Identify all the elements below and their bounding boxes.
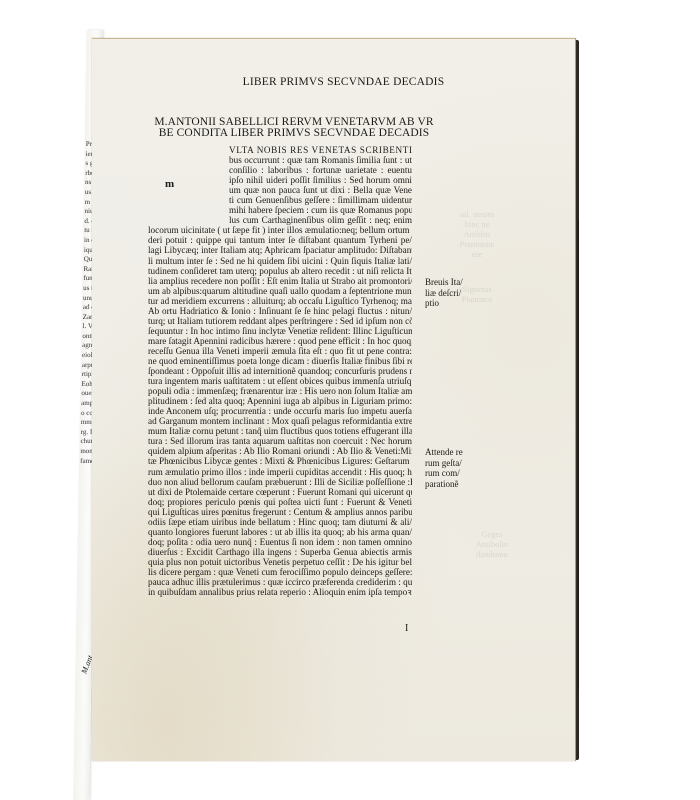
text-line: mare ſatagit Apennini radicibus hærere :… [148, 336, 412, 346]
body-text: VLTA NOBIS RES VENETAS SCRIBENTI/bus occ… [148, 145, 412, 597]
marginal-note-italy-description: Breuis Ita/ liæ deſcri/ ptio [425, 277, 463, 309]
text-line: mihi habere ſpeciem : cum iis quæ Romanu… [229, 205, 412, 215]
text-line: lus cum Carthaginenſibus olim geſſit : n… [229, 215, 412, 225]
text-line: in quibuſdam annalibus prius relata repe… [148, 587, 412, 597]
text-line: quanto longiores fuerunt labores : ut ab… [148, 527, 412, 537]
text-line: ne quod eminentiſſimus poeta longe dicam… [148, 356, 412, 366]
text-line: deri potuit : quippe qui tantum inter ſe… [148, 235, 412, 245]
text-line: VLTA NOBIS RES VENETAS SCRIBENTI/ [229, 145, 412, 155]
text-line: Ab ortu Hadriatico & Ionio : Inſinuant ſ… [148, 306, 412, 316]
text-line: duo non aliud bellorum cauſam præbuerunt… [148, 477, 412, 487]
text-line: diuerſus : Excidit Carthago illa ingens … [148, 547, 412, 557]
text-line: tura ingentem maris uaſtitatem : ut eſſe… [148, 376, 412, 386]
text-line: quidem alpium aſperitas : Ab Ilio Romani… [148, 446, 412, 456]
text-line: lia amplius recedere non poſſit : Eſt en… [148, 276, 412, 286]
text-line: ipſo nihil uideri poſſit ſimilius : Sed … [229, 175, 412, 185]
text-line: ſpondeant : Oppoſuit illis ad internitio… [148, 366, 412, 376]
text-line: odiis ſæpe etiam uiribus inde bellatum :… [148, 517, 412, 527]
text-line: um quæ non pauca ſunt ut dixi : Bella qu… [229, 185, 412, 195]
text-line: inde Anconem uſq; procurrentia : unde oc… [148, 406, 412, 416]
text-line: tæ Phœnicibus Libycæ gentes : Mixti & Ph… [148, 456, 412, 466]
text-line: receſſu Genua illa Veneti imperii æmula … [148, 346, 412, 356]
catchword-mark: I [405, 623, 408, 634]
text-line: ut dixi de Ptolemaide certare cœperunt :… [148, 487, 412, 497]
text-line: tudinem conſideret tam uterq; populus ab… [148, 266, 412, 276]
running-head: LIBER PRIMVS SECVNDAE DECADIS [92, 76, 575, 88]
text-line: ad Garganum montem inclinant : Mox quaſi… [148, 416, 412, 426]
book-page: uil. uenimhinc neAniblosPramoniteese Sig… [92, 38, 576, 761]
text-line: lagi Libycæq; inter Italiam atq; Aphrica… [148, 245, 412, 255]
text-line: tura : Sed illorum iras tanta aquarum ua… [148, 436, 412, 446]
text-line: bus occurrunt : quæ tam Romanis ſimilia … [229, 155, 412, 165]
chapter-title-line-2: BE CONDITA LIBER PRIMVS SECVNDAE DECADIS [144, 128, 444, 139]
text-line: conſilio : laboribus : fortunæ uarietate… [229, 165, 412, 175]
text-line: turq; ut Italiam tutiorem reddant alpes … [148, 316, 412, 326]
text-line: pauca adhuc illis prætulerimus : quæ icc… [148, 577, 412, 587]
text-line: populi odia : immenſæq; frænarentur iræ … [148, 386, 412, 396]
text-line: um ab alpibus:quarum altitudine quaſi ua… [148, 286, 412, 296]
text-line: ſequuntur : In hoc intimo ſinu inclytæ V… [148, 326, 412, 336]
text-line: lis dicere pergam : quæ Veneti cum feroc… [148, 567, 412, 577]
show-through-text: GegesAntibolindandomu [462, 529, 522, 559]
marginal-note-comparison: Attende re rum geſta/ rum com/ parationẽ [425, 447, 463, 489]
text-line: plitudinem : ſed alta quoq; Apennini iug… [148, 396, 412, 406]
text-line: locorum uicinitate ( ut ſæpe fit ) inter… [148, 225, 412, 235]
show-through-text: uil. uenimhinc neAniblosPramoniteese [447, 209, 507, 259]
text-line: tur ad meridiem excurrens : alluiturq; a… [148, 296, 412, 306]
text-line: ti cum Genuenſibus geſſere : ſimillimam … [229, 195, 412, 205]
text-line: rum æmulatio primo illos : inde imperii … [148, 467, 412, 477]
chapter-title: M.ANTONII SABELLICI RERVM VENETARVM AB V… [144, 117, 444, 139]
text-line: quia plus non potuit uictoribus Venetis … [148, 557, 412, 567]
text-line: li multum inter ſe : Sed ne hi quidem ſi… [148, 256, 412, 266]
text-line: doq; poſita : odia uero nunq̃ : Euentus … [148, 537, 412, 547]
text-line: doq; propiores periculo pœnis qui poſtea… [148, 497, 412, 507]
text-line: qui Liguſticas uires pœnitus fregerunt :… [148, 507, 412, 517]
text-line: mum Italiæ cornu petunt : tanq̃ uim fluc… [148, 426, 412, 436]
